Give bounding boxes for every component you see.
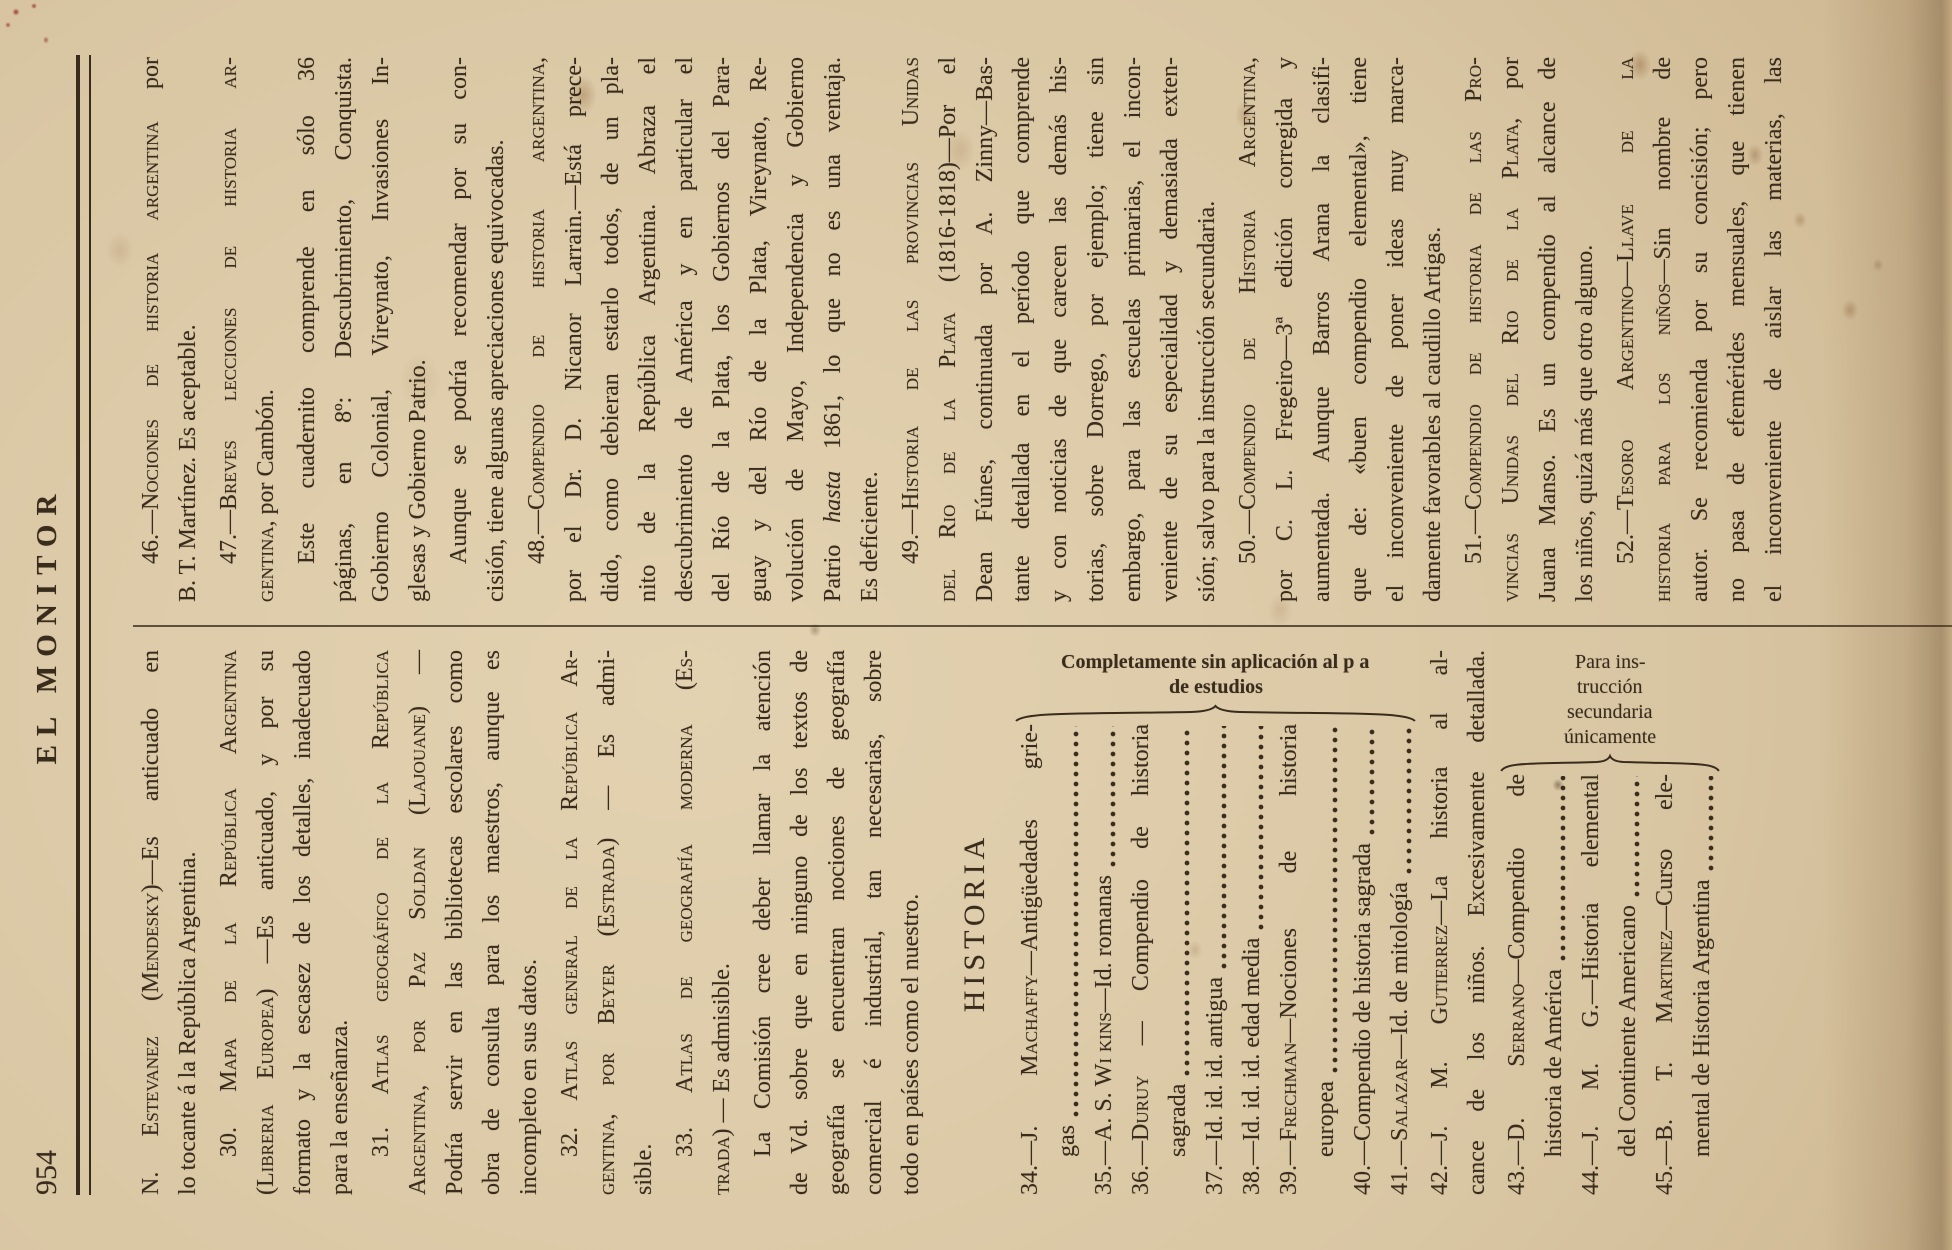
list-item-text: gas: [1049, 1125, 1086, 1157]
text-line: autor. Se recomienda por su concisión; p…: [1682, 57, 1719, 602]
text-line: 47.—Breves lecciones de historia ar-: [211, 57, 248, 602]
text-line: por C. L. Fregeiro—3ª edición corregida …: [1267, 57, 1304, 602]
list-item-text: 34.—J. Machaffy—Antigüedades grie-: [1017, 724, 1043, 1195]
paragraph: 31. Atlas geográfico de la RepúblicaArge…: [363, 650, 548, 1195]
list-item: 36.—Duruy — Compendio de historiasagrada: [1123, 724, 1197, 1195]
text-line: de Vd. sobre que en ninguno de los texto…: [782, 650, 819, 1195]
text-line: todo en países como el nuestro.: [893, 650, 930, 1195]
text-line: trada) — Es admisible.: [704, 650, 741, 1195]
text-line: embargo, para las escuelas primarias, el…: [1115, 57, 1152, 602]
header-rule: [76, 55, 91, 1195]
list-item: 43.—D. Serrano—Compendio dehistoria de A…: [1499, 774, 1573, 1195]
text-line: gas: [1049, 724, 1086, 1195]
paragraph: 46.—Nociones de historia argentina porB.…: [133, 57, 207, 602]
journal-title: EL MONITOR: [31, 486, 64, 765]
text-line: 48.—Compendio de historia argentina,: [519, 57, 556, 602]
paragraph: Aunque se podría recomendar por su con-c…: [441, 57, 515, 602]
left-paragraphs: N. Estevanez (Mendesky)—Es anticuado enl…: [133, 650, 930, 1195]
text-line: 30. Mapa de la República Argentina: [211, 650, 248, 1195]
text-line: y con noticias de que carecen las demás …: [1041, 57, 1078, 602]
list-item: 41.—Salazar—Id. de mitología: [1382, 724, 1419, 1195]
column-divider: [133, 625, 1952, 627]
list-rows: 34.—J. Machaffy—Antigüedades grie-gas35.…: [1012, 724, 1419, 1195]
section-heading: HISTORIA: [958, 650, 992, 1195]
text-line: 33. Atlas de geografía moderna (Es-: [667, 650, 704, 1195]
text-line: 44.—J. M. G.—Historia elemental: [1573, 774, 1610, 1195]
list-item: 34.—J. Machaffy—Antigüedades grie-gas: [1012, 724, 1086, 1195]
text-line: para la enseñanza.: [322, 650, 359, 1195]
text-line: páginas, en 8º: Descubrimiento, Conquist…: [326, 57, 363, 602]
list-item: 35.—A. S. Wi kins—Id. romanas: [1086, 724, 1123, 1195]
columns: N. Estevanez (Mendesky)—Es anticuado enl…: [91, 0, 1952, 1250]
text-line: Este cuadernito comprende en sólo 36: [289, 57, 326, 602]
brace-icon: [1012, 702, 1419, 724]
paragraph: 50.—Compendio de Historia Argentina,por …: [1230, 57, 1452, 602]
text-line: mental de Historia Argentina: [1684, 774, 1721, 1195]
paragraph: 32. Atlas general de la República Ar-gen…: [552, 650, 663, 1195]
paragraph: 47.—Breves lecciones de historia ar-gent…: [211, 57, 285, 602]
dot-leaders: [1632, 776, 1642, 897]
text-line: cance de los niños. Excesivamente detall…: [1459, 650, 1496, 1195]
list-item-text: cance de los niños. Excesivamente detall…: [1464, 650, 1490, 1195]
text-line: veniente de su especialidad y demasiada …: [1152, 57, 1189, 602]
text-line: 42.—J. M. Gutierrez—La historia al al-: [1422, 650, 1459, 1195]
dot-leaders: [1558, 776, 1568, 961]
paragraph: 52.—Tesoro Argentino—Llave de lahistoria…: [1608, 57, 1793, 602]
list-item-text: 42.—J. M. Gutierrez—La historia al al-: [1427, 650, 1453, 1195]
dot-leaders: [1367, 726, 1377, 835]
text-line: La Comisión cree deber llamar la atenció…: [745, 650, 782, 1195]
list-item-text: 43.—D. Serrano—Compendio de: [1504, 774, 1530, 1195]
braced-list-group: 34.—J. Machaffy—Antigüedades grie-gas35.…: [1012, 650, 1419, 1195]
text-line: incompleto en sus datos.: [511, 650, 548, 1195]
text-line: gentina, por Cambón.: [248, 57, 285, 602]
text-line: 37.—Id. id. id. antigua: [1197, 724, 1234, 1195]
text-line: 51.—Compendio de historia de las Pro-: [1456, 57, 1493, 602]
list-item-text: 39.—Frechman—Nociones de historia: [1276, 724, 1302, 1195]
text-line: por el Dr. D. Nicanor Larrain.—Está prec…: [556, 57, 593, 602]
text-line: del Rio de la Plata (1816-1818)—Por el: [930, 57, 967, 602]
list-item-text: mental de Historia Argentina: [1684, 880, 1721, 1158]
text-line: 39.—Frechman—Nociones de historia: [1271, 724, 1308, 1195]
list-item: 37.—Id. id. id. antigua: [1197, 724, 1234, 1195]
list-item-text: 35.—A. S. Wi kins—Id. romanas: [1086, 875, 1123, 1195]
text-line: glesas y Gobierno Patrio.: [400, 57, 437, 602]
dot-leaders: [1108, 726, 1118, 867]
text-line: el inconveniente de aislar las materias,…: [1756, 57, 1793, 602]
list-item: 42.—J. M. Gutierrez—La historia al al-ca…: [1422, 650, 1496, 1195]
list-item: 40.—Compendio de historia sagrada: [1345, 724, 1382, 1195]
note-line: Para ins-: [1499, 650, 1721, 675]
list-item-text: 37.—Id. id. id. antigua: [1197, 977, 1234, 1195]
text-line: damente favorables al caudillo Artigas.: [1415, 57, 1452, 602]
note-line: Completamente sin aplicación al p a: [1012, 650, 1419, 675]
text-line: 52.—Tesoro Argentino—Llave de la: [1608, 57, 1645, 602]
text-line: del Río de la Plata, los Gobiernos del P…: [704, 57, 741, 602]
text-line: nito de la República Argentina. Abraza e…: [630, 57, 667, 602]
list-item: 45.—B. T. Martinez—Curso ele-mental de H…: [1647, 774, 1721, 1195]
text-line: sible.: [626, 650, 663, 1195]
paragraph: La Comisión cree deber llamar la atenció…: [745, 650, 930, 1195]
text-line: B. T. Martínez. Es aceptable.: [170, 57, 207, 602]
text-line: sión; salvo para la instrucción secundar…: [1189, 57, 1226, 602]
list-item-text: historia de América: [1536, 969, 1573, 1157]
text-line: el inconveniente de poner ideas muy marc…: [1378, 57, 1415, 602]
text-line: Patrio hasta 1861, lo que no es una vent…: [815, 57, 852, 602]
list-item-text: 40.—Compendio de historia sagrada: [1345, 843, 1382, 1195]
text-line: geografía se encuentran nociones de geog…: [819, 650, 856, 1195]
paragraph: 48.—Compendio de historia argentina,por …: [519, 57, 889, 602]
dot-leaders: [1256, 726, 1266, 930]
text-line: 35.—A. S. Wi kins—Id. romanas: [1086, 724, 1123, 1195]
dot-leaders: [1706, 776, 1716, 872]
braced-list-group: 43.—D. Serrano—Compendio dehistoria de A…: [1499, 650, 1721, 1195]
text-line: 43.—D. Serrano—Compendio de: [1499, 774, 1536, 1195]
paragraph: N. Estevanez (Mendesky)—Es anticuado enl…: [133, 650, 207, 1195]
text-line: Dean Fúnes, continuada por A. Zinny—Bas-: [967, 57, 1004, 602]
text-line: cisión, tiene algunas apreciaciones equi…: [478, 57, 515, 602]
text-line: 40.—Compendio de historia sagrada: [1345, 724, 1382, 1195]
list-rows: 42.—J. M. Gutierrez—La historia al al-ca…: [1422, 650, 1496, 1195]
list-item-text: 41.—Salazar—Id. de mitología: [1382, 882, 1419, 1195]
page-header: 954 EL MONITOR: [0, 0, 64, 1250]
text-line: N. Estevanez (Mendesky)—Es anticuado en: [133, 650, 170, 1195]
note-line: trucción: [1499, 675, 1721, 700]
paragraph: 30. Mapa de la República Argentina(Libre…: [211, 650, 359, 1195]
text-line: sagrada: [1160, 724, 1197, 1195]
list-item-text: europea: [1308, 1081, 1345, 1157]
text-line: volución de Mayo, Independencia y Gobier…: [778, 57, 815, 602]
list-item-text: 45.—B. T. Martinez—Curso ele-: [1652, 774, 1678, 1195]
text-line: aumentada. Aunque Barros Arana la clasif…: [1304, 57, 1341, 602]
list-group: 42.—J. M. Gutierrez—La historia al al-ca…: [1422, 650, 1496, 1195]
text-line: lo tocante á la República Argentina.: [170, 650, 207, 1195]
text-line: formato y la escasez de los detalles, in…: [285, 650, 322, 1195]
list-item-text: 36.—Duruy — Compendio de historia: [1128, 724, 1154, 1195]
dot-leaders: [1071, 726, 1081, 1117]
text-line: Argentina, por Paz Soldan (Lajouane) —: [400, 650, 437, 1195]
text-line: del Continente Americano: [1610, 774, 1647, 1195]
paragraph: 49.—Historia de las provincias Unidasdel…: [893, 57, 1226, 602]
text-line: historia para los niños—Sin nombre de: [1645, 57, 1682, 602]
text-line: (Libreria Europea) —Es anticuado, y por …: [248, 650, 285, 1195]
note-line: secundaria: [1499, 700, 1721, 725]
text-line: 32. Atlas general de la República Ar-: [552, 650, 589, 1195]
text-line: Es deficiente.: [852, 57, 889, 602]
text-line: que de: «buen compendio elemental», tien…: [1341, 57, 1378, 602]
rotated-note: Completamente sin aplicación al p ade es…: [1012, 650, 1419, 702]
text-line: 34.—J. Machaffy—Antigüedades grie-: [1012, 724, 1049, 1195]
page: 954 EL MONITOR N. Estevanez (Mendesky)—E…: [0, 0, 1952, 1250]
text-line: tante detallada en el período que compre…: [1004, 57, 1041, 602]
dot-leaders: [1404, 726, 1414, 874]
list-item-text: 44.—J. M. G.—Historia elemental: [1578, 774, 1604, 1195]
right-paragraphs: 46.—Nociones de historia argentina porB.…: [133, 57, 1793, 602]
text-line: torias, sobre Dorrego, por ejemplo; tien…: [1078, 57, 1115, 602]
brace-icon: [1499, 752, 1721, 774]
left-column: N. Estevanez (Mendesky)—Es anticuado enl…: [133, 650, 1952, 1195]
text-line: 49.—Historia de las provincias Unidas: [893, 57, 930, 602]
text-line: Aunque se podría recomendar por su con-: [441, 57, 478, 602]
list-rows: 43.—D. Serrano—Compendio dehistoria de A…: [1499, 774, 1721, 1195]
rotated-note: Para ins-trucciónsecundariaúnicamente: [1499, 650, 1721, 752]
text-line: los niños, quizá más que otro alguno.: [1567, 57, 1604, 602]
paragraph: 51.—Compendio de historia de las Pro-vin…: [1456, 57, 1604, 602]
book-list: 34.—J. Machaffy—Antigüedades grie-gas35.…: [1012, 650, 1721, 1195]
text-line: vincias Unidas del Rio de la Plata, por: [1493, 57, 1530, 602]
text-line: 46.—Nociones de historia argentina por: [133, 57, 170, 602]
list-item: 44.—J. M. G.—Historia elementaldel Conti…: [1573, 774, 1647, 1195]
dot-leaders: [1219, 726, 1229, 969]
text-line: dido, como debieran estarlo todos, de un…: [593, 57, 630, 602]
text-line: Juana Manso. Es un compendio al alcance …: [1530, 57, 1567, 602]
text-line: guay y del Río de la Plata, Vireynato, R…: [741, 57, 778, 602]
note-line: únicamente: [1499, 725, 1721, 750]
note-line: de estudios: [1012, 675, 1419, 700]
text-line: no pasa de efemérides mensuales, que tie…: [1719, 57, 1756, 602]
paragraph: 33. Atlas de geografía moderna (Es-trada…: [667, 650, 741, 1195]
page-number: 954: [30, 1150, 64, 1195]
text-line: europea: [1308, 724, 1345, 1195]
text-line: obra de consulta para los maestros, aunq…: [474, 650, 511, 1195]
list-item-text: 38.—Id. id. id. edad media: [1234, 938, 1271, 1195]
text-line: Podría servir en las bibliotecas escolar…: [437, 650, 474, 1195]
right-column: 46.—Nociones de historia argentina porB.…: [133, 57, 1952, 602]
scanned-book-page: 954 EL MONITOR N. Estevanez (Mendesky)—E…: [0, 0, 1952, 1250]
list-item: 38.—Id. id. id. edad media: [1234, 724, 1271, 1195]
text-line: descubrimiento de América y en particula…: [667, 57, 704, 602]
dot-leaders: [1182, 726, 1192, 1076]
list-item-text: sagrada: [1160, 1084, 1197, 1157]
list-item: 39.—Frechman—Nociones de historiaeuropea: [1271, 724, 1345, 1195]
text-line: comercial é industrial, tan necesarias, …: [856, 650, 893, 1195]
text-line: historia de América: [1536, 774, 1573, 1195]
dot-leaders: [1330, 726, 1340, 1073]
text-line: 41.—Salazar—Id. de mitología: [1382, 724, 1419, 1195]
list-item-text: del Continente Americano: [1610, 905, 1647, 1157]
text-line: gentina, por Beyer (Estrada) — Es admi-: [589, 650, 626, 1195]
text-line: 45.—B. T. Martinez—Curso ele-: [1647, 774, 1684, 1195]
paragraph: Este cuadernito comprende en sólo 36pági…: [289, 57, 437, 602]
text-line: Gobierno Colonial, Vireynato, Invasiones…: [363, 57, 400, 602]
text-line: 38.—Id. id. id. edad media: [1234, 724, 1271, 1195]
text-line: 31. Atlas geográfico de la República: [363, 650, 400, 1195]
text-line: 36.—Duruy — Compendio de historia: [1123, 724, 1160, 1195]
text-line: 50.—Compendio de Historia Argentina,: [1230, 57, 1267, 602]
